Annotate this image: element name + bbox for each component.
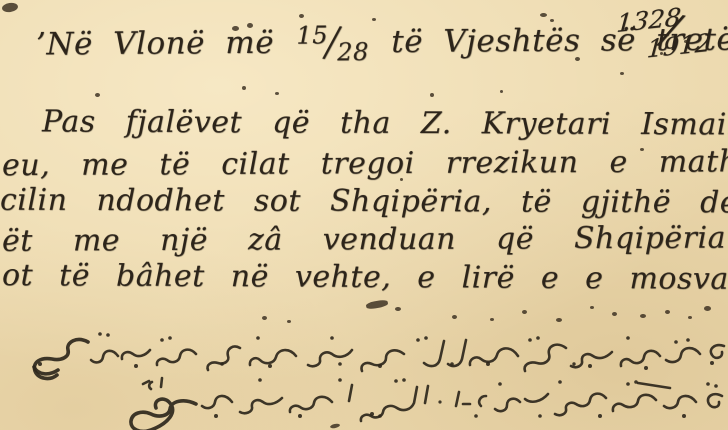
body-line-3: cilin ndodhet sot Shqipëria, të gjithë d… — [0, 183, 728, 221]
manuscript-page: ’Në Vlonë më 15/28 të Vjeshtës së tretë … — [0, 0, 728, 430]
ink-speck — [704, 306, 711, 311]
ink-speck — [1, 2, 18, 13]
date-fraction: 15/28 — [296, 24, 369, 61]
ink-speck — [490, 318, 494, 321]
ink-speck — [550, 19, 554, 22]
ink-speck — [620, 72, 624, 75]
ink-speck — [688, 316, 692, 319]
ink-speck — [640, 314, 646, 318]
ink-speck — [262, 316, 267, 320]
ink-speck — [660, 52, 663, 55]
body-line-1: Pas fjalëvet që tha Z. Kryetari Ismail K… — [42, 104, 728, 142]
ink-speck — [275, 92, 279, 95]
body-line-5: ot të bâhet në vehte, e lirë e e mosvarm… — [2, 258, 728, 297]
ink-speck — [540, 13, 547, 17]
ink-speck — [247, 23, 253, 28]
ink-speck — [500, 90, 503, 93]
date-fraction-numerator: 15 — [296, 21, 328, 49]
year-fraction: 1328 / 1912 — [598, 0, 728, 78]
year-fraction-denominator: 1912 — [646, 28, 713, 63]
ink-speck — [232, 26, 239, 31]
ink-speck — [430, 93, 434, 97]
ink-speck — [575, 57, 580, 61]
ink-speck — [95, 93, 100, 97]
ottoman-script-line-2 — [0, 372, 728, 430]
ink-speck — [242, 86, 246, 90]
date-fraction-denominator: 28 — [337, 38, 369, 66]
heading-prefix: ’Në Vlonë më — [36, 25, 274, 63]
ink-speck — [590, 306, 594, 309]
body-line-2: eu, me të cilat tregoi rrezikun e math n… — [2, 144, 728, 183]
ink-speck — [395, 307, 401, 311]
ink-speck — [287, 320, 291, 323]
ink-speck — [400, 178, 403, 181]
ink-speck — [684, 40, 688, 43]
ink-speck — [522, 310, 527, 314]
ink-speck — [299, 14, 304, 18]
ink-speck — [366, 299, 389, 310]
ink-speck — [556, 318, 562, 322]
ink-speck — [640, 148, 644, 151]
ink-speck — [612, 312, 617, 316]
body-line-4: ët me një zâ venduan që Shqipëria s — [2, 220, 728, 258]
ink-speck — [452, 315, 457, 319]
ink-speck — [665, 310, 670, 314]
ink-speck — [372, 18, 376, 21]
